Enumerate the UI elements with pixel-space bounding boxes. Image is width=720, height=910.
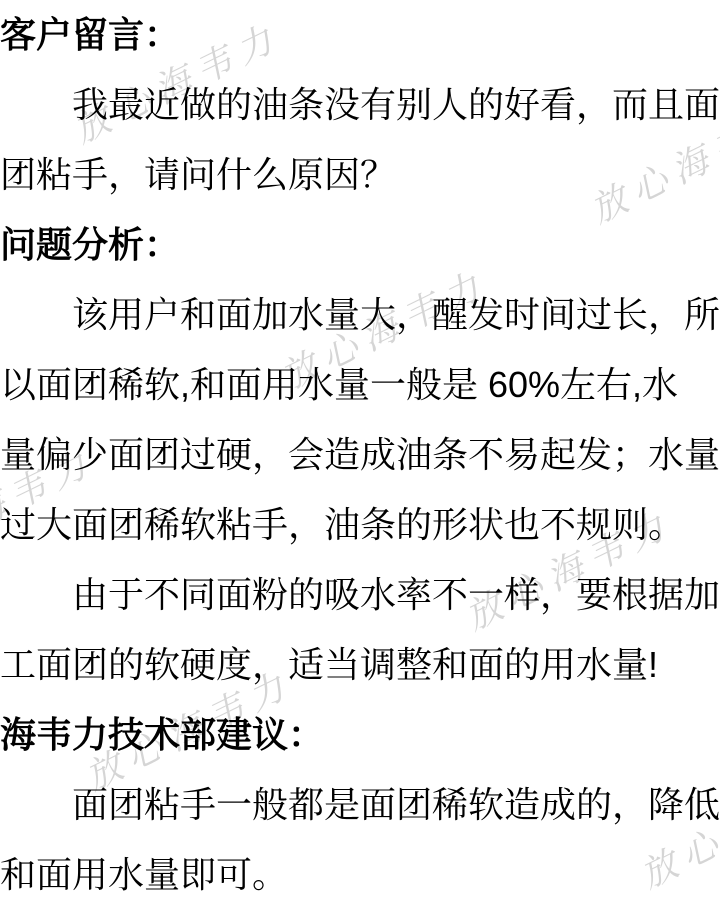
text-line: 以面团稀软,和面用水量一般是 60%左右,水 xyxy=(0,350,720,420)
text-line: 由于不同面粉的吸水率不一样，要根据加 xyxy=(0,560,720,630)
text-line: 量偏少面团过硬，会造成油条不易起发；水量 xyxy=(0,420,720,490)
text-line: 面团粘手一般都是面团稀软造成的，降低 xyxy=(0,770,720,840)
section-heading: 客户留言： xyxy=(0,0,720,70)
document-page: 放心海韦力放心海韦力放心海韦力放心海韦力放心海韦力放心海韦力放心海韦力 客户留言… xyxy=(0,0,720,910)
text-line: 和面用水量即可。 xyxy=(0,840,720,910)
text-line: 团粘手，请问什么原因？ xyxy=(0,140,720,210)
section-heading: 问题分析： xyxy=(0,210,720,280)
text-line: 我最近做的油条没有别人的好看，而且面 xyxy=(0,70,720,140)
text-line: 该用户和面加水量大，醒发时间过长，所 xyxy=(0,280,720,350)
text-line: 过大面团稀软粘手，油条的形状也不规则。 xyxy=(0,490,720,560)
document-text: 客户留言：我最近做的油条没有别人的好看，而且面团粘手，请问什么原因？问题分析：该… xyxy=(0,0,720,910)
section-heading: 海韦力技术部建议： xyxy=(0,700,720,770)
text-line: 工面团的软硬度，适当调整和面的用水量! xyxy=(0,630,720,700)
